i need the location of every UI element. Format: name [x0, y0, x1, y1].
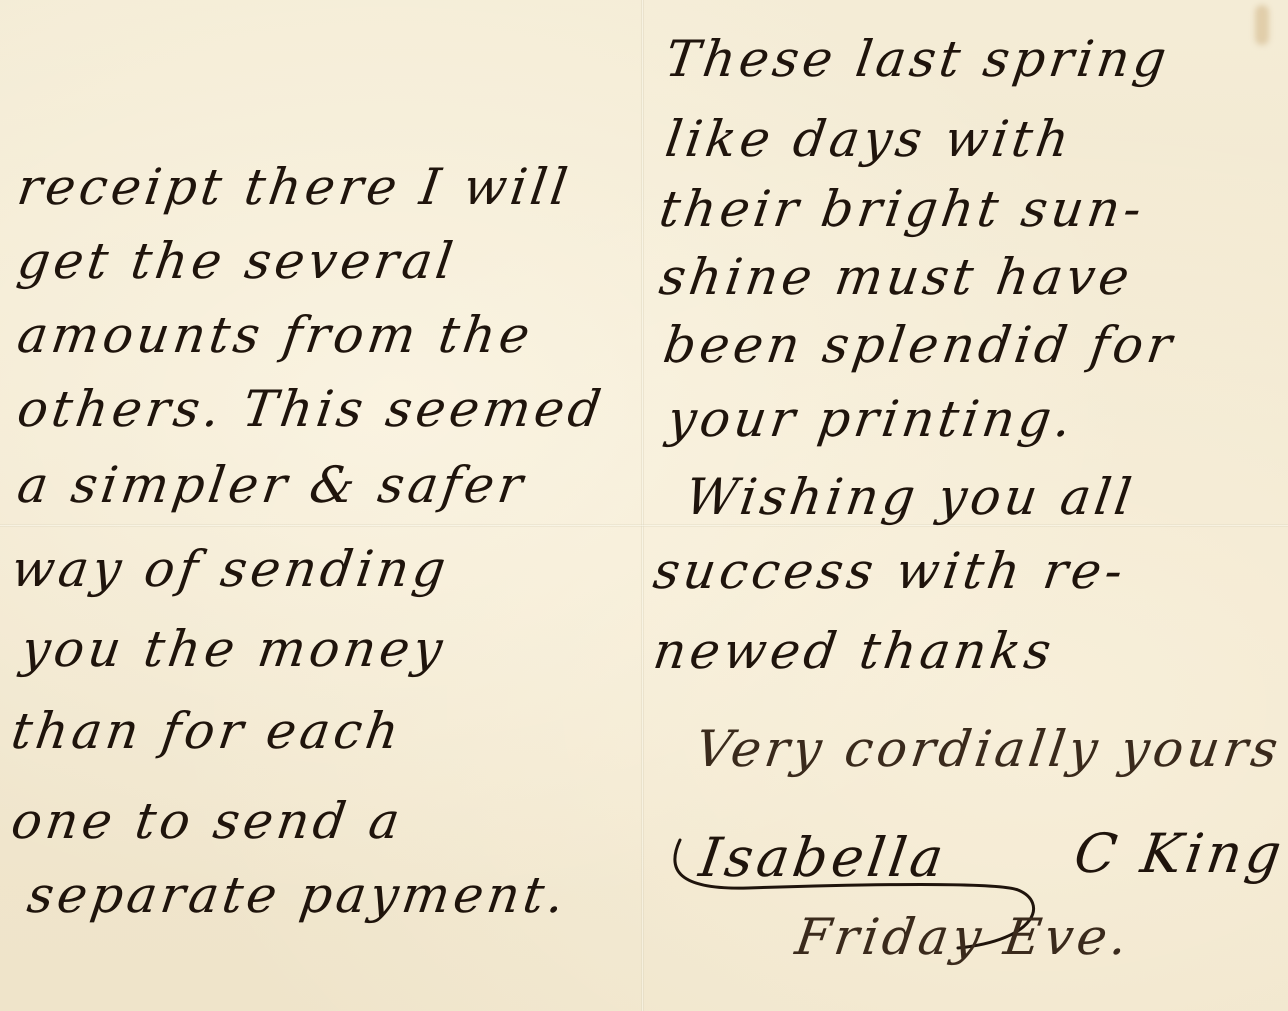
left-line-7: you the money [18, 620, 450, 678]
letter-sheet: receipt there I will get the several amo… [0, 0, 1288, 1011]
dateline: Friday Eve. [792, 908, 1135, 966]
left-line-9: one to send a [8, 792, 407, 850]
signature-last-name: C King [1071, 822, 1288, 885]
right-line-6: your printing. [664, 390, 1079, 448]
vertical-fold-crease [641, 0, 644, 1011]
right-line-9: newed thanks [650, 622, 1058, 680]
paper-stain [1255, 5, 1269, 45]
left-line-3: amounts from the [14, 306, 537, 364]
right-line-8: success with re- [650, 542, 1130, 600]
left-line-2: get the several [14, 232, 460, 290]
right-line-3: their bright sun- [656, 180, 1149, 238]
right-line-2: like days with [662, 110, 1077, 168]
left-line-1: receipt there I will [14, 158, 575, 216]
left-line-10: separate payment. [24, 866, 572, 924]
right-line-1: These last spring [662, 30, 1174, 88]
left-line-6: way of sending [8, 540, 453, 598]
right-line-5: been splendid for [660, 316, 1179, 374]
closing-line: Very cordially yours [692, 720, 1285, 778]
left-line-5: a simpler & safer [14, 456, 530, 514]
left-line-8: than for each [8, 702, 406, 760]
signature-first-name: Isabella [696, 826, 951, 889]
right-line-7: Wishing you all [682, 468, 1139, 526]
right-line-4: shine must have [656, 248, 1137, 306]
left-line-4: others. This seemed [14, 380, 608, 438]
